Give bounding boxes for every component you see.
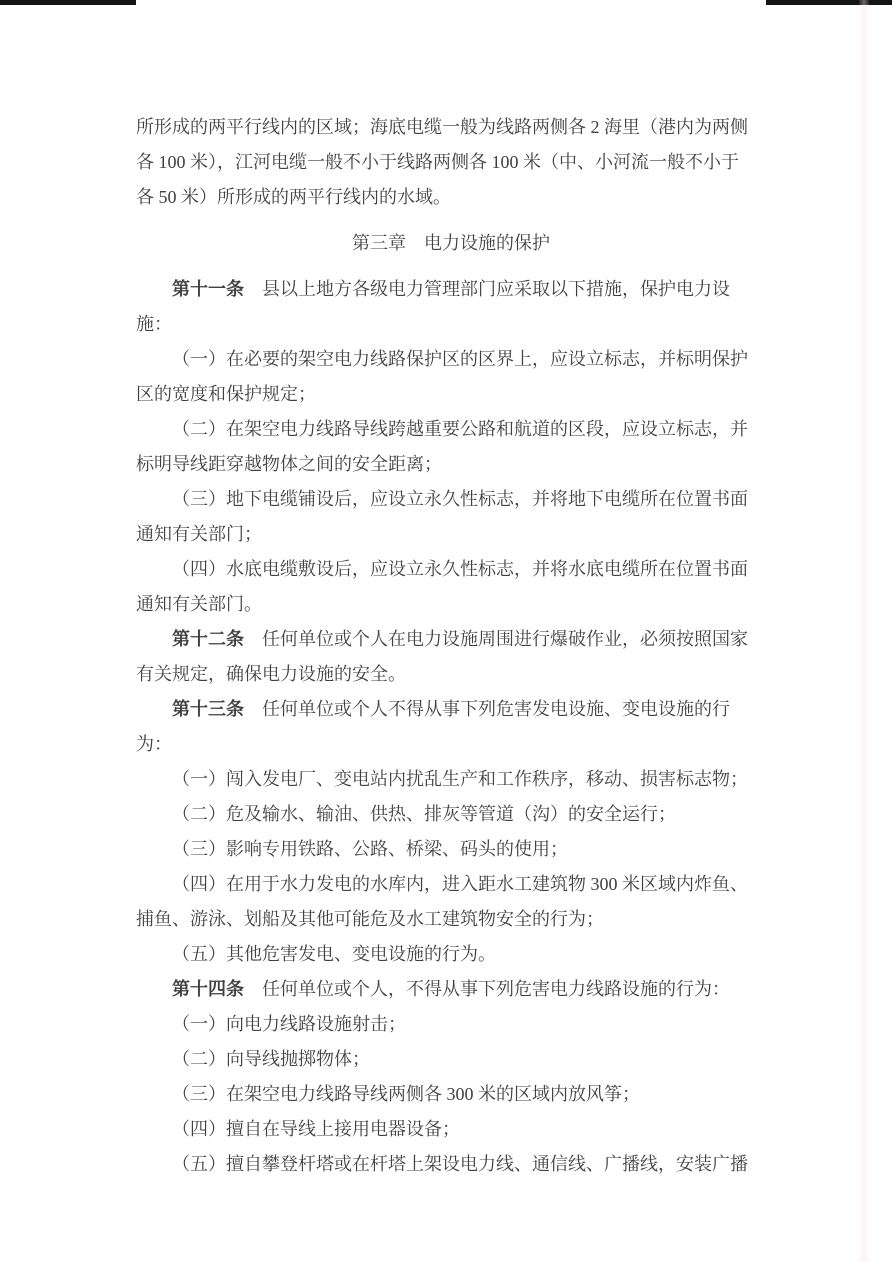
- text-line: 各 100 米），江河电缆一般不小于线路两侧各 100 米（中、小河流一般不小于: [136, 145, 766, 180]
- text-line: 标明导线距穿越物体之间的安全距离；: [136, 447, 766, 482]
- text-line: （二）在架空电力线路导线跨越重要公路和航道的区段，应设立标志，并: [136, 412, 766, 447]
- text-line: （四）在用于水力发电的水库内，进入距水工建筑物 300 米区域内炸鱼、: [136, 867, 766, 902]
- text-line: （二）向导线抛掷物体；: [136, 1042, 766, 1077]
- text-line: 各 50 米）所形成的两平行线内的水域。: [136, 180, 766, 215]
- text-line: （一）向电力线路设施射击；: [136, 1007, 766, 1042]
- text-line: 通知有关部门。: [136, 587, 766, 622]
- text-line: （三）在架空电力线路导线两侧各 300 米的区域内放风筝；: [136, 1077, 766, 1112]
- text-line: 所形成的两平行线内的区域；海底电缆一般为线路两侧各 2 海里（港内为两侧: [136, 110, 766, 145]
- text-line: 第十三条 任何单位或个人不得从事下列危害发电设施、变电设施的行: [136, 692, 766, 727]
- text-line: 通知有关部门；: [136, 517, 766, 552]
- text-line: （三）影响专用铁路、公路、桥梁、码头的使用；: [136, 832, 766, 867]
- text-line: 为：: [136, 727, 766, 762]
- article-number: 第十二条: [172, 629, 244, 649]
- article-number: 第十一条: [172, 279, 244, 299]
- page-edge-shadow: [858, 0, 870, 1262]
- text-line: 第十一条 县以上地方各级电力管理部门应采取以下措施，保护电力设: [136, 272, 766, 307]
- text-line: （五）其他危害发电、变电设施的行为。: [136, 937, 766, 972]
- article-number: 第十四条: [172, 979, 244, 999]
- document-page: 所形成的两平行线内的区域；海底电缆一般为线路两侧各 2 海里（港内为两侧各 10…: [136, 0, 766, 1182]
- text-line: 施：: [136, 307, 766, 342]
- text-line: （四）水底电缆敷设后，应设立永久性标志，并将水底电缆所在位置书面: [136, 552, 766, 587]
- text-line: （四）擅自在导线上接用电器设备；: [136, 1112, 766, 1147]
- text-line: （一）闯入发电厂、变电站内扰乱生产和工作秩序，移动、损害标志物；: [136, 762, 766, 797]
- text-line: （三）地下电缆铺设后，应设立永久性标志，并将地下电缆所在位置书面: [136, 482, 766, 517]
- text-line: 区的宽度和保护规定；: [136, 377, 766, 412]
- text-line: （二）危及输水、输油、供热、排灰等管道（沟）的安全运行；: [136, 797, 766, 832]
- text-line: （五）擅自攀登杆塔或在杆塔上架设电力线、通信线、广播线，安装广播: [136, 1147, 766, 1182]
- text-line: 有关规定，确保电力设施的安全。: [136, 657, 766, 692]
- text-line: 第十四条 任何单位或个人，不得从事下列危害电力线路设施的行为：: [136, 972, 766, 1007]
- text-line: 第十二条 任何单位或个人在电力设施周围进行爆破作业，必须按照国家: [136, 622, 766, 657]
- text-line: 捕鱼、游泳、划船及其他可能危及水工建筑物安全的行为；: [136, 902, 766, 937]
- article-number: 第十三条: [172, 699, 244, 719]
- text-line: （一）在必要的架空电力线路保护区的区界上，应设立标志，并标明保护: [136, 342, 766, 377]
- chapter-heading: 第三章 电力设施的保护: [136, 226, 766, 261]
